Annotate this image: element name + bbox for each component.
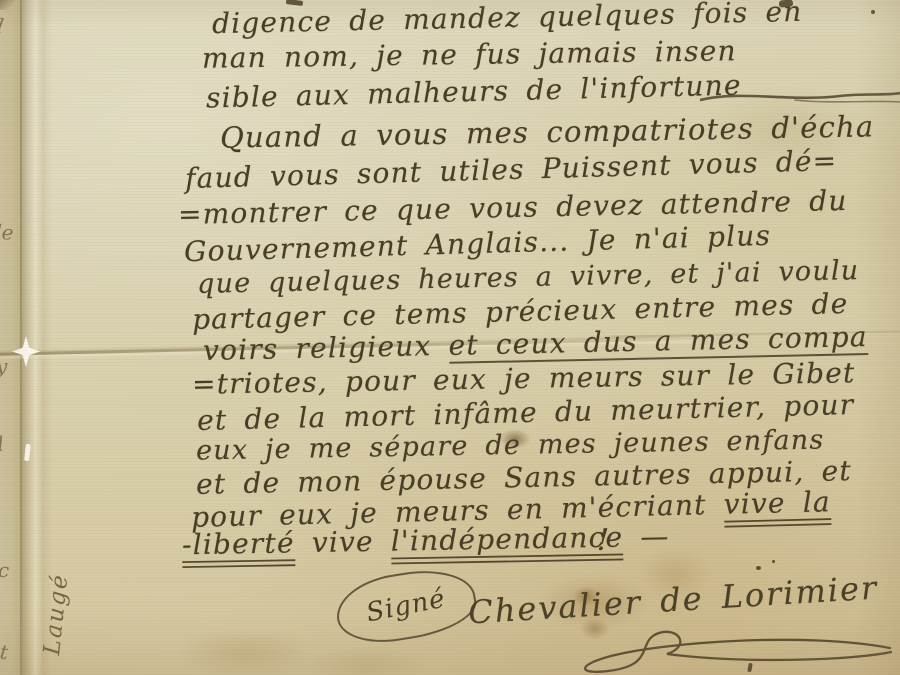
ink-speck xyxy=(756,566,761,570)
signe-label: Signé xyxy=(364,584,448,629)
edge-fragment: y xyxy=(0,354,7,378)
under-page-edge: l lle y il c t xyxy=(0,0,22,675)
underlined-phrase: -liberté xyxy=(182,526,295,568)
edge-fragment: il xyxy=(0,431,5,456)
phrase: voirs religieux xyxy=(203,329,449,367)
pen-flourish xyxy=(700,88,900,108)
phrase: vive xyxy=(294,525,391,560)
underlined-phrase: l'indépendance xyxy=(391,521,624,565)
phrase: — xyxy=(623,520,670,554)
ink-speck xyxy=(871,10,875,14)
ink-speck xyxy=(772,560,775,563)
underlined-phrase: vive la xyxy=(723,485,831,528)
signature-flourish xyxy=(545,618,895,675)
torn-corner-shadow xyxy=(0,0,16,10)
manuscript-photo: { "doc": { "colors": { "paper": "#d9d0ae… xyxy=(0,0,900,675)
exclamation-mark: ! xyxy=(596,523,609,558)
edge-fragment: t xyxy=(0,640,9,665)
edge-fragment: c xyxy=(0,558,9,582)
edge-fragment: l xyxy=(0,14,5,39)
edge-fragment: lle xyxy=(0,219,14,245)
